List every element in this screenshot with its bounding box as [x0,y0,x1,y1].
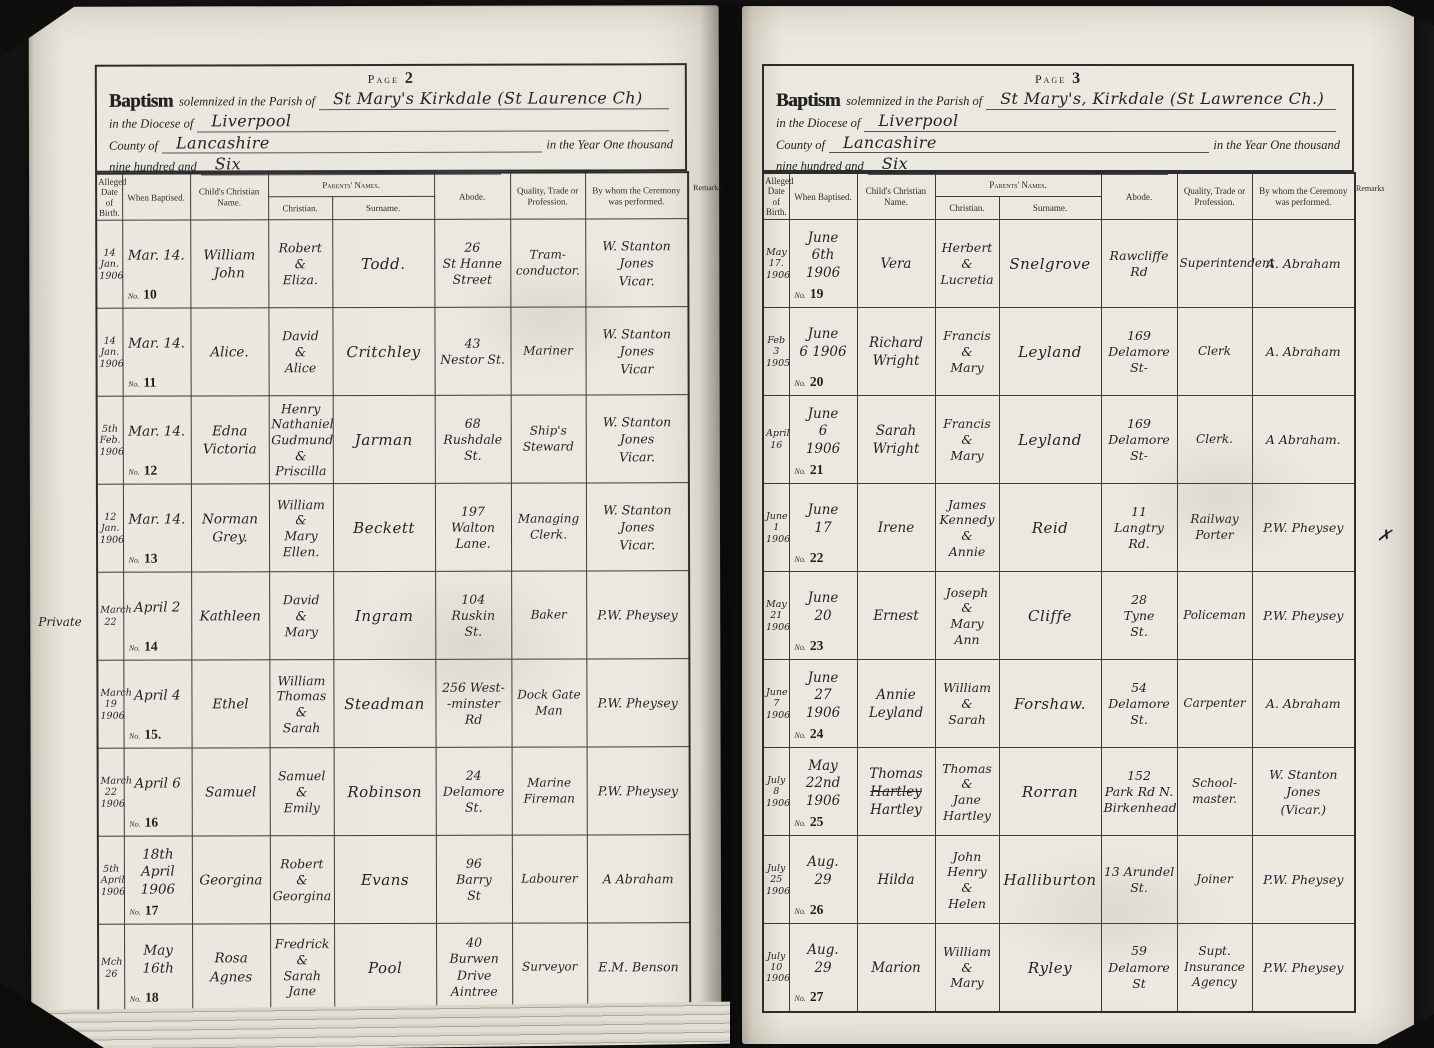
entry-number-value: 23 [810,638,824,653]
book-cover-corner-bottom-right [1370,1014,1434,1048]
cell-child-name: Alice. [190,308,268,396]
cell-alleged-birth-date: 12Jan.1906 [97,485,123,573]
col-header-abode: Abode. [434,173,510,220]
cell-abode: 104RuskinSt. [435,572,511,660]
cell-alleged-birth-date: May211906 [763,572,789,660]
table-row: July81906May22nd1906No.25ThomasHartleyHa… [763,748,1355,836]
cell-alleged-birth-date: Feb31905 [763,308,789,396]
cell-abode: 24 DelamoreSt. [436,748,512,836]
cell-abode: 256 West--minsterRd [435,660,511,748]
page-word: Page [1035,72,1066,86]
entry-number-value: 25 [810,814,824,829]
cell-parents-surname: Forshaw. [999,660,1101,748]
entry-number: No.16 [129,813,158,831]
no-label: No. [129,643,140,652]
col-header-baptised: When Baptised. [122,173,190,220]
cell-alleged-birth-date: July81906 [763,748,789,836]
cell-quality: Labourer [512,835,587,923]
cell-when-baptised: May16thNo.18 [124,924,192,1012]
cell-abode: 59 DelamoreSt [1101,924,1177,1012]
cell-abode: 68RushdaleSt. [435,396,511,484]
entry-number: No.19 [795,285,824,303]
cell-quality: Clerk [1177,308,1252,396]
cell-parents-christian: Fredrick&SarahJane [270,924,334,1012]
cell-alleged-birth-date: 14Jan.1906 [96,221,122,309]
cell-parents-surname: Todd. [332,220,434,308]
table-row: March191906April 4No.15.EthelWilliamThom… [97,659,689,749]
cell-when-baptised: June6 1906No.20 [789,308,857,396]
cell-when-baptised: June20No.23 [789,572,857,660]
no-label: No. [795,994,806,1003]
book-gutter-shadow [700,0,752,1048]
cell-ceremony-by: A. Abraham [1252,220,1355,308]
col-header-quality: Quality, Trade or Profession. [1177,173,1252,220]
cell-abode: 152Park Rd N.Birkenhead [1101,748,1177,836]
cell-parents-christian: Herbert&Lucretia [935,220,999,308]
margin-note-private: Private [38,615,82,630]
entry-number: No.18 [130,989,159,1007]
cell-ceremony-by: A Abraham. [1252,396,1355,484]
cell-when-baptised: April 2No.14 [123,572,191,660]
table-row: 14Jan.1906Mar. 14.No.10WilliamJohnRobert… [96,219,688,309]
cell-parents-surname: Cliffe [999,572,1101,660]
cell-child-name: ThomasHartleyHartley [857,748,935,836]
no-label: No. [128,467,139,476]
entry-number-value: 26 [810,902,824,917]
book-cover-edge-top [0,0,1434,7]
no-label: No. [129,731,140,740]
cell-abode: 26St HanneStreet [434,220,510,308]
diocese-label: in the Diocese of [109,116,193,132]
cell-alleged-birth-date: April16 [763,396,789,484]
entry-number: No.12 [128,461,157,479]
county-label: County of [109,138,158,154]
cell-ceremony-by: P.W. Pheysey [1252,484,1355,572]
cell-alleged-birth-date: March22Private [97,573,123,661]
cell-parents-surname: Halliburton [999,836,1101,924]
cell-when-baptised: Mar. 14.No.13 [123,484,191,572]
entry-number-value: 12 [144,462,158,477]
no-label: No. [128,379,139,388]
cell-when-baptised: Mar. 14.No.12 [123,396,191,484]
cell-quality: Baker [511,571,586,659]
table-row: April16June61906No.21SarahWrightFrancis&… [763,396,1355,484]
cell-parents-christian: William&Sarah [935,660,999,748]
no-label: No. [795,467,806,476]
cell-when-baptised: June6th1906No.19 [789,220,857,308]
page-header-left: Page2 Baptism solemnized in the Parish o… [95,63,687,173]
cell-parents-surname: Evans [334,836,436,924]
entry-number-value: 22 [810,550,824,565]
cell-parents-christian: JohnHenry&Helen [935,836,999,924]
cell-child-name: NormanGrey. [191,484,269,572]
entry-number-value: 18 [145,990,159,1005]
cell-alleged-birth-date: 5thFeb.1906 [97,397,123,485]
entry-number-value: 11 [143,374,156,389]
cell-parents-surname: Steadman [333,660,435,748]
no-label: No. [130,907,141,916]
page-number: 3 [1072,70,1081,87]
table-row: May211906June20No.23ErnestJoseph&MaryAnn… [763,572,1355,660]
cell-child-name: Kathleen [191,572,269,660]
entry-number: No.22 [795,549,824,567]
col-header-parents: Parents' Names. [935,173,1101,197]
cell-quality: Ship's Steward [511,395,586,483]
cell-parents-christian: Joseph&MaryAnn [935,572,999,660]
col-header-birth: Alleged Date of Birth. [763,173,789,220]
cell-parents-christian: Samuel&Emily [270,748,334,836]
cell-when-baptised: Mar. 14.No.10 [122,220,190,308]
cell-quality: Clerk. [1177,396,1252,484]
parish-value: St Mary's, Kirkdale (St Lawrence Ch.) [986,89,1324,108]
cell-ceremony-by: E.M. Benson [587,923,690,1011]
baptism-table-left: Alleged Date of Birth. When Baptised. Ch… [95,171,691,1013]
table-row: March22PrivateApril 2No.14KathleenDavid&… [97,571,689,661]
cell-ceremony-by: A. Abraham [1252,660,1355,748]
baptism-title: Baptism [109,92,173,111]
entry-number: No.10 [128,285,157,303]
register-page-left: Page2 Baptism solemnized in the Parish o… [29,5,722,1045]
cell-parents-christian: JamesKennedy&Annie [935,484,999,572]
cell-quality: Policeman [1177,572,1252,660]
book-cover-edge-left [0,0,34,1048]
entry-number: No.13 [129,549,158,567]
cell-abode: 96BarrySt [436,836,512,924]
table-row: June11906June17No.22IreneJamesKennedy&An… [763,484,1355,572]
table-row: 5thFeb.1906Mar. 14.No.12EdnaVictoriaHenr… [97,395,689,485]
page-edge-stack [24,1002,730,1048]
cell-when-baptised: May22nd1906No.25 [789,748,857,836]
diocese-value: Liverpool [197,111,291,130]
book-cover-corner-top-left [0,0,84,58]
cell-abode: 169DelamoreSt- [1101,396,1177,484]
cell-parents-christian: William&Mary [935,924,999,1012]
cell-quality: Mariner [510,307,585,395]
baptism-table-right: Alleged Date of Birth. When Baptised. Ch… [762,172,1356,1013]
table-row: Feb31905June6 1906No.20RichardWrightFran… [763,308,1355,396]
book-cover-corner-bottom-left [0,982,104,1048]
cell-quality: Dock GateMan [511,659,586,747]
col-header-christian: Christian. [268,197,332,220]
entry-number: No.23 [795,637,824,655]
cell-parents-christian: Francis&Mary [935,308,999,396]
diocese-label: in the Diocese of [776,116,860,132]
table-row: July251906Aug.29No.26HildaJohnHenry&Hele… [763,836,1355,924]
col-header-by: By whom the Ceremony was performed. [1252,173,1355,220]
cell-alleged-birth-date: May17.1906 [763,220,789,308]
remark-cross: ✗ [1375,524,1392,550]
entry-number-value: 19 [810,286,824,301]
parish-value: St Mary's Kirkdale (St Laurence Ch) [319,89,643,109]
entry-number-value: 17 [145,902,159,917]
entry-number: No.24 [795,725,824,743]
table-row: July101906Aug.29No.27MarionWilliam&MaryR… [763,924,1355,1012]
book-cover-edge-right [1414,0,1434,1048]
col-header-surname: Surname. [332,197,434,220]
cell-ceremony-by: W. Stanton JonesVicar. [586,395,689,483]
no-label: No. [795,907,806,916]
cell-parents-surname: Leyland [999,396,1101,484]
table-row: 12Jan.1906Mar. 14.No.13NormanGrey.Willia… [97,483,689,573]
remarks-column-label: Remarks [1356,184,1384,193]
entry-number: No.20 [795,373,824,391]
cell-child-name: Hilda [857,836,935,924]
cell-when-baptised: April 6No.16 [124,748,192,836]
page-header-right: Page3 Baptism solemnized in the Parish o… [762,64,1354,172]
cell-parents-christian: David&Alice [268,308,332,396]
cell-quality: MarineFireman [512,747,587,835]
entry-number-value: 21 [810,462,824,477]
cell-parents-surname: Snelgrove [999,220,1101,308]
cell-parents-christian: Thomas&JaneHartley [935,748,999,836]
no-label: No. [795,819,806,828]
cell-parents-surname: Rorran [999,748,1101,836]
cell-ceremony-by: P.W. Pheysey [1252,836,1355,924]
cell-child-name: WilliamJohn [190,220,268,308]
page-number-line: Page2 [109,69,673,88]
solemnized-label: solemnized in the Parish of [846,94,982,110]
entry-number-value: 16 [145,814,159,829]
entry-number-value: 24 [810,726,824,741]
cell-abode: 54DelamoreSt. [1101,660,1177,748]
page-number: 2 [405,70,414,87]
cell-parents-christian: HenryNathanielGudmund&Priscilla [269,396,333,484]
cell-parents-christian: William&MaryEllen. [269,484,333,572]
cell-child-name: AnnieLeyland [857,660,935,748]
entry-number-value: 20 [810,374,824,389]
entry-number-value: 14 [144,638,158,653]
cell-child-name: Irene [857,484,935,572]
col-header-child: Child's Christian Name. [857,173,935,220]
col-header-baptised: When Baptised. [789,173,857,220]
year-label: in the Year One thousand [546,137,673,153]
col-header-birth: Alleged Date of Birth. [96,174,122,221]
cell-quality: RailwayPorter [1177,484,1252,572]
table-row: 5thApril190618thApril1906No.17GeorginaRo… [98,835,690,925]
cell-when-baptised: June17No.22 [789,484,857,572]
county-label: County of [776,138,825,154]
no-label: No. [795,379,806,388]
cell-parents-surname: Ingram [333,572,435,660]
cell-parents-surname: Critchley [332,308,434,396]
cell-ceremony-by: A. Abraham [1252,308,1355,396]
entry-number: No.21 [795,461,824,479]
cell-child-name: Samuel [192,748,270,836]
solemnized-label: solemnized in the Parish of [179,95,315,111]
cell-alleged-birth-date: March191906 [97,661,123,749]
entry-number-value: 10 [143,286,157,301]
page-number-line: Page3 [776,70,1340,88]
no-label: No. [129,819,140,828]
entry-number: No.27 [795,988,824,1006]
cell-quality: Tram-conductor. [510,219,585,307]
entry-number-value: 27 [810,989,824,1004]
cell-when-baptised: Aug.29No.26 [789,836,857,924]
book-cover-corner-top-right [1376,0,1434,26]
cell-abode: 28TyneSt. [1101,572,1177,660]
cell-abode: RawcliffeRd [1101,220,1177,308]
entry-number-value: 15. [144,726,161,741]
cell-parents-surname: Pool [334,924,436,1012]
cell-alleged-birth-date: July101906 [763,924,789,1012]
cell-parents-surname: Leyland [999,308,1101,396]
no-label: No. [795,643,806,652]
cell-quality: Carpenter [1177,660,1252,748]
col-header-surname: Surname. [999,197,1101,220]
no-label: No. [795,555,806,564]
year-value: Six [868,154,908,173]
entry-number: No.26 [795,901,824,919]
cell-abode: 43Nestor St. [434,308,510,396]
register-page-right: Page3 Baptism solemnized in the Parish o… [742,6,1414,1044]
cell-child-name: Ethel [191,660,269,748]
col-header-abode: Abode. [1101,173,1177,220]
cell-when-baptised: April 4No.15. [123,660,191,748]
cell-abode: 169DelamoreSt- [1101,308,1177,396]
cell-child-name: Ernest [857,572,935,660]
cell-parents-christian: Robert&Eliza. [268,220,332,308]
cell-parents-surname: Ryley [999,924,1101,1012]
year-value: Six [201,155,241,174]
baptism-title: Baptism [776,91,840,110]
col-header-child: Child's Christian Name. [190,173,268,220]
cell-alleged-birth-date: July251906 [763,836,789,924]
page-word: Page [368,72,399,86]
no-label: No. [130,995,141,1004]
entry-number: No.14 [129,637,158,655]
cell-child-name: EdnaVictoria [191,396,269,484]
cell-quality: Surveyor [512,923,587,1011]
cell-child-name: RichardWright [857,308,935,396]
diocese-value: Liverpool [864,111,958,130]
cell-child-name: RosaAgnes [192,924,270,1012]
cell-quality: School-master. [1177,748,1252,836]
cell-when-baptised: June61906No.21 [789,396,857,484]
cell-ceremony-by: P.W. Pheysey [586,659,689,747]
cell-ceremony-by: P.W. Pheysey [586,571,689,659]
col-header-parents: Parents' Names. [268,173,434,197]
cell-ceremony-by: A Abraham [587,835,690,923]
no-label: No. [128,291,139,300]
cell-quality: Joiner [1177,836,1252,924]
county-value: Lancashire [162,133,270,152]
cell-parents-surname: Beckett [333,484,435,572]
cell-when-baptised: Mar. 14.No.11 [122,308,190,396]
cell-parents-surname: Robinson [334,748,436,836]
scanned-baptism-register: Page2 Baptism solemnized in the Parish o… [0,0,1434,1048]
cell-ceremony-by: P.W. Pheysey [1252,924,1355,1012]
cell-abode: 13 ArundelSt. [1101,836,1177,924]
cell-alleged-birth-date: 14Jan.1906 [96,309,122,397]
cell-ceremony-by: W. Stanton JonesVicar. [585,219,688,307]
cell-quality: ManagingClerk. [511,483,586,571]
entry-number: No.17 [129,901,158,919]
cell-parents-christian: Robert&Georgina [270,836,334,924]
cell-parents-christian: David&Mary [269,572,333,660]
cell-parents-surname: Reid [999,484,1101,572]
entry-number: No.11 [128,373,156,391]
cell-abode: 197Walton Lane. [435,484,511,572]
cell-abode: 11LangtryRd. [1101,484,1177,572]
cell-child-name: Georgina [192,836,270,924]
year-label: in the Year One thousand [1213,138,1340,154]
cell-ceremony-by: W. StantonJones(Vicar.)✗ [1252,748,1355,836]
entry-number: No.25 [795,813,824,831]
cell-parents-christian: WilliamThomas&Sarah [269,660,333,748]
cell-quality: Supt.InsuranceAgency [1177,924,1252,1012]
cell-ceremony-by: W. Stanton JonesVicar [585,307,688,395]
table-row: May17.1906June6th1906No.19VeraHerbert&Lu… [763,220,1355,308]
table-row: June71906June271906No.24AnnieLeylandWill… [763,660,1355,748]
cell-parents-surname: Jarman [333,396,435,484]
no-label: No. [795,291,806,300]
cell-alleged-birth-date: 5thApril1906 [98,837,124,925]
register-body-left: 14Jan.1906Mar. 14.No.10WilliamJohnRobert… [96,219,690,1013]
cell-alleged-birth-date: March221906 [98,749,124,837]
cell-ceremony-by: P.W. Pheysey [1252,572,1355,660]
cell-abode: 40BurwenDriveAintree [436,924,512,1012]
cell-alleged-birth-date: June71906 [763,660,789,748]
cell-child-name: SarahWright [857,396,935,484]
cell-quality: Superintendent [1177,220,1252,308]
cell-when-baptised: June271906No.24 [789,660,857,748]
col-header-quality: Quality, Trade or Profession. [510,172,585,219]
cell-child-name: Marion [857,924,935,1012]
cell-ceremony-by: P.W. Pheysey [587,747,690,835]
col-header-christian: Christian. [935,197,999,220]
col-header-by: By whom the Ceremony was performed. [585,172,688,219]
cell-ceremony-by: W. Stanton JonesVicar. [586,483,689,571]
county-value: Lancashire [829,133,937,152]
cell-child-name: Vera [857,220,935,308]
cell-when-baptised: 18thApril1906No.17 [124,836,192,924]
cell-when-baptised: Aug.29No.27 [789,924,857,1012]
table-row: Mch26May16thNo.18RosaAgnesFredrick&Sarah… [98,923,690,1013]
no-label: No. [795,731,806,740]
cell-alleged-birth-date: June11906 [763,484,789,572]
no-label: No. [129,555,140,564]
table-row: March221906April 6No.16SamuelSamuel&Emil… [98,747,690,837]
register-body-right: May17.1906June6th1906No.19VeraHerbert&Lu… [763,220,1355,1012]
cell-parents-christian: Francis&Mary [935,396,999,484]
entry-number: No.15. [129,725,161,743]
entry-number-value: 13 [144,550,158,565]
table-row: 14Jan.1906Mar. 14.No.11Alice.David&Alice… [96,307,688,397]
